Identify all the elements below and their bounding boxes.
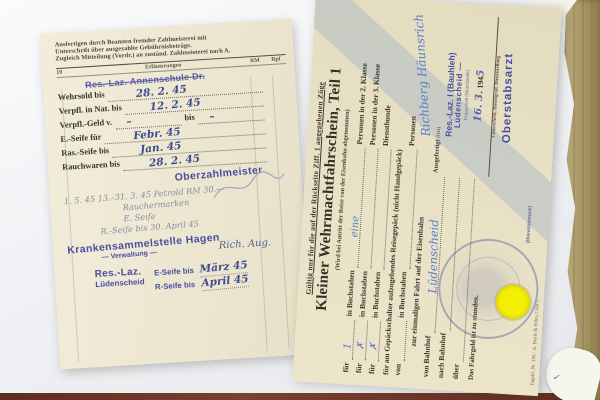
soap-rows: E-Seife bis März 45 R-Seife bis April 45: [154, 259, 250, 293]
count-value: ✗: [367, 342, 380, 351]
left-document: Ausfertigen durch Beamten fremder Zahlme…: [40, 19, 312, 370]
dotted-line: ✗: [368, 321, 381, 362]
station-block: von Bahnhof Lüdenscheid nach Bahnhof übe…: [418, 173, 509, 382]
station-value: Lüdenscheid: [425, 219, 442, 294]
von-label: von: [391, 363, 405, 376]
col-rpf: Rpf: [266, 56, 286, 63]
row-value: –: [209, 109, 216, 123]
rm-cell: [270, 160, 292, 161]
right-document: Gültig nur für die auf der Rückseite Zif…: [292, 0, 561, 396]
fur-label: für: [365, 363, 379, 374]
footer-number: Tagebl.-Nr. 199: [531, 354, 538, 386]
buchstaben-label: in Buchstaben: [368, 271, 384, 318]
photo: ✓ Ausfertigen durch Beamten fremder Zahl…: [0, 0, 600, 400]
bottom-unit-stamp: Res.-Laz. Lüdenscheid: [94, 266, 145, 297]
date-day-handwritten: 16. 3.: [472, 90, 485, 122]
ort-label: (Ort): [437, 127, 443, 138]
soap-label: E-Seife bis: [154, 264, 195, 279]
hagen-signature: Rich. Aug.: [219, 237, 272, 251]
pen-mark: ✓: [552, 371, 562, 383]
bottom-stamp-block: Res.-Laz. Lüdenscheid E-Seife bis März 4…: [94, 256, 299, 296]
station-label: über: [448, 363, 464, 379]
row-label: Rauchwaren bis: [62, 157, 121, 175]
row-value: –: [126, 114, 133, 128]
date-year-handwritten: 5: [475, 69, 486, 77]
row-label-mid: bis: [184, 110, 195, 125]
date-year-printed: 194: [475, 76, 485, 89]
dotted-line: [394, 321, 407, 362]
col-rm: RM: [244, 57, 266, 64]
buchstaben-label: in Buchstaben: [394, 271, 410, 318]
col-year: 19: [56, 68, 82, 76]
issue-block: Ausgefertigt (Ort) Res.-Laz. I (Bauhleh)…: [430, 13, 518, 177]
fur-label: für: [339, 362, 353, 373]
soap-label: R-Seife bis: [155, 278, 196, 293]
redaction-dot: [496, 285, 530, 319]
dienststempel-label: (Dienststempel): [525, 206, 533, 244]
fur-label: für: [352, 363, 366, 374]
ausgefertigt-label: Ausgefertigt: [432, 139, 441, 173]
